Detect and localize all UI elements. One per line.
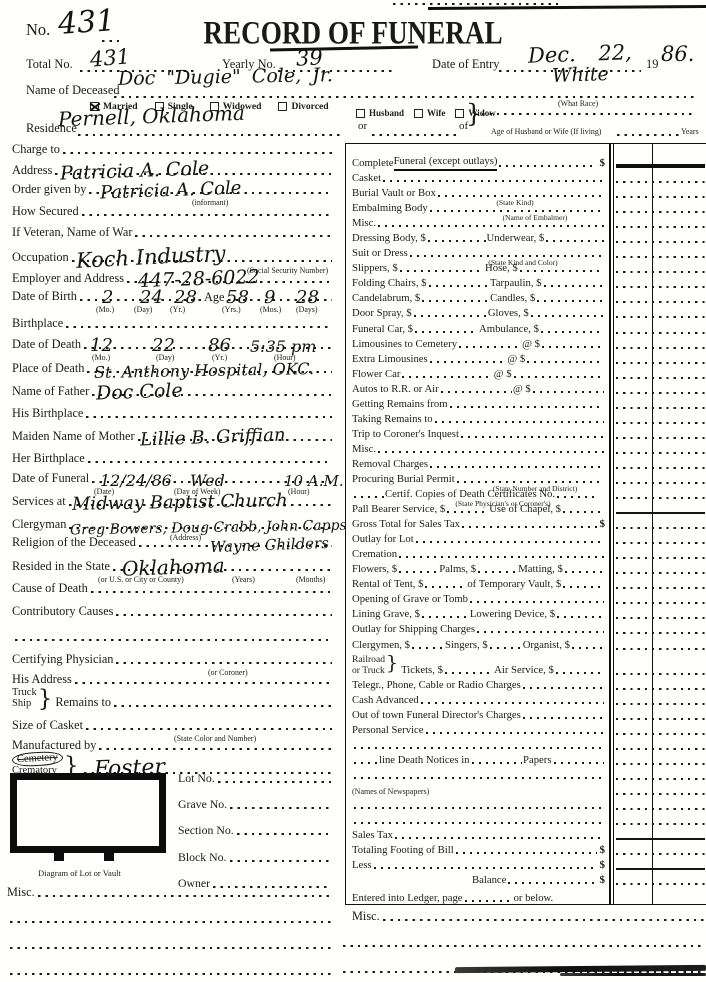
dotted-leader [15,639,332,641]
ledger-line-dotted [616,527,705,529]
misc-blank-row [7,928,333,954]
field-caption: (Hour) [274,353,295,362]
diagram-leg [104,846,114,861]
field-caption: (Mo.) [92,353,110,362]
field-label: Employer and Address [12,271,124,288]
form-row: Services atMidway Baptist Church [12,488,333,511]
ledger-cell [614,261,706,276]
spouse-age-caption: Age of Husband or Wife (If living) [491,127,601,136]
ledger-line-thick [616,164,705,169]
ledger-line-dotted [616,271,705,273]
ledger-cell [614,768,706,783]
form-row: Date of Funeral12/24/86Wed10 A.M.(Date)(… [12,468,333,488]
ledger-cell [614,442,706,457]
lot-row: Grave No. [178,788,332,814]
ledger-line-dotted [616,778,705,780]
ledger-line-dotted [616,286,705,288]
of-label: of [459,120,468,132]
ledger-cell [614,171,706,186]
field-label: Misc. [7,885,35,902]
ledger-cell [614,427,706,442]
misc-row: Misc. [7,884,333,902]
ledger-line-dotted [616,497,705,499]
dotted-leader [99,748,332,750]
ledger-line-dotted [616,557,705,559]
ledger-line-dotted [616,763,705,765]
form-row: ClergymanGreg Bowers, Doug Crabb, John C… [12,511,333,534]
field-caption: (State Number and District) [493,484,578,493]
ledger-cell [614,321,706,336]
ledger-line-dotted [616,467,705,469]
form-row: Size of Casket(State Color and Number) [12,712,333,735]
dotted-leader [91,591,332,593]
total-no-label: Total No. [26,57,73,72]
left-column: Charge toAddressPatricia A. ColeOrder gi… [12,143,333,779]
dotted-leader [10,947,332,949]
checkbox [455,109,464,118]
ledger-line-dotted [616,748,705,750]
ledger-cents-rule [652,144,653,904]
ledger-cell [614,472,706,487]
ledger-cell [614,306,706,321]
form-row: Name of FatherDoc Cole [12,378,333,401]
ledger-line-dotted [616,196,705,198]
residence-value: Pernell, Oklahoma [58,103,245,130]
leader-dots [102,40,124,42]
brace: } [37,690,56,710]
ledger-cell [614,678,706,693]
lot-row: Lot No. [178,768,332,788]
handwritten-value: Wayne Childers [210,536,329,555]
dotted-leader [230,807,331,809]
field-caption: (Yr.) [212,353,227,362]
years-label: Years [681,127,699,136]
field-caption: (Days) [296,305,317,314]
ledger-line-dotted [616,542,705,544]
field-label: Grave No. [178,797,227,814]
name-of-deceased-label: Name of Deceased [26,83,120,98]
ledger-cell [614,858,706,873]
dotted-leader [116,614,332,616]
checkbox-option: Wife [414,108,445,118]
misc-blank-row [7,954,333,980]
checkbox-option: Divorced [278,101,328,112]
date-of-entry-label: Date of Entry [432,57,499,72]
ledger-line-dotted [616,332,705,334]
ledger-cell [614,144,706,171]
field-caption: (or Coroner) [208,668,248,677]
field-label: If Veteran, Name of War [12,225,132,242]
field-label: Her Birthplace [12,451,85,468]
ledger-cell [614,517,706,532]
field-caption: (State Kind and Color) [488,258,557,267]
dotted-leader [10,973,332,975]
field-label: Birthplace [12,316,63,333]
ledger-line-dotted [616,718,705,720]
charges-section: Complete Funeral (except outlays)$Casket… [345,143,706,905]
dotted-leader [230,860,332,862]
or-label: or [358,120,367,132]
dotted-leader [343,945,705,947]
ledger-line-dotted [616,808,705,810]
field-label: Place of Death [12,361,84,378]
field-label: Remains to [55,695,111,712]
handwritten-value: Doc Cole [96,381,183,403]
field-label: Certifying Physician [12,652,113,669]
field-caption: (State Kind) [496,198,533,207]
ledger-line-dotted [616,211,705,213]
scan-artifact-dots [393,3,563,5]
field-label: Cause of Death [12,581,88,598]
ledger-cell [614,487,706,502]
ledger-cell [614,532,706,547]
leader-dots [372,134,456,136]
ledger-line-dotted [616,733,705,735]
field-label: Date of Birth [12,289,77,306]
ledger-line-dotted [616,256,705,258]
charges-item-box [345,144,610,904]
scan-artifact-line [428,5,706,10]
diagram-box [10,773,166,853]
ledger-double-rule [610,144,614,904]
ledger-cell [614,622,706,637]
form-row: His Address [12,669,333,689]
dotted-leader [116,662,332,664]
leader-dots [617,134,679,136]
field-label: Order given by [12,182,86,199]
field-caption: (Day) [134,305,152,314]
field-caption: (Date) [94,487,114,496]
ledger-cell [614,382,706,397]
field-label: Name of Father [12,384,89,401]
ledger-cell [614,577,706,592]
ledger-cell [614,607,706,622]
field-caption: (Day of Week) [174,487,221,496]
ledger-cell [614,231,706,246]
ledger-line-dotted [616,181,705,183]
ledger-line-dotted [616,883,705,885]
field-label: Contributory Causes [12,604,113,621]
form-row: His Birthplace [12,401,333,423]
ledger-line-dotted [616,823,705,825]
ledger-line-dotted [616,407,705,409]
field-label: His Birthplace [12,406,83,423]
year-value: 86. [661,44,694,65]
field-caption: (Years) [232,575,255,584]
ledger-cell [614,276,706,291]
leader-dots [482,113,694,115]
field-caption: (Social Security Number) [247,266,328,275]
field-label: Occupation [12,250,69,267]
ledger-cell [614,337,706,352]
ledger-cell [614,592,706,607]
ledger-line-dotted [616,648,705,650]
year-printed: 19 [646,57,658,72]
ledger-line-dotted [616,241,705,243]
scan-artifact-smudge [560,973,706,976]
ledger-cell [614,723,706,738]
race-caption: (What Race) [558,99,598,108]
ledger-cell [614,246,706,261]
ledger-cell [614,502,706,517]
form-row: Maiden Name of MotherLillie B. Griffian [12,423,333,446]
ledger-line-dotted [616,301,705,303]
ledger-cell [614,562,706,577]
stacked-label-line: Cemetery [12,751,63,767]
ledger-line-dotted [616,602,705,604]
ledger-cell [614,397,706,412]
field-label: Block No. [178,850,227,867]
dotted-leader [135,235,332,237]
ledger-line-dotted [616,572,705,574]
checkbox-label: Wife [427,108,445,118]
ledger-line-dotted [616,617,705,619]
ledger-line-dotted [616,452,705,454]
field-label: Date of Death [12,337,81,354]
ledger-line-dotted [616,703,705,705]
form-row: OccupationKoch Industry(Social Security … [12,242,333,267]
checkbox [278,102,287,111]
ledger-line-dotted [616,482,705,484]
ledger-line-dotted [616,362,705,364]
ledger-line-dotted [616,422,705,424]
field-caption: (Hour) [288,487,309,496]
field-caption: (Day) [156,353,174,362]
field-label: Address [12,163,52,180]
ledger-cell [614,753,706,768]
name-of-deceased-value: Doc "Dugie" Cole, Jr. [118,66,333,89]
dotted-leader [66,326,332,328]
ledger-cell [614,216,706,231]
field-caption: (Yrs.) [222,305,241,314]
field-label: Misc. [352,909,380,926]
handwritten-value: Lillie B. Griffian [140,426,286,449]
ledger-cell [614,813,706,828]
stacked-label-line: Truck [12,687,37,699]
misc-left: Misc. [7,884,333,980]
form-row: Resided in the StateOklahoma(or U.S. or … [12,552,333,576]
form-row: AddressPatricia A. Cole [12,159,333,180]
ledger-cell [614,186,706,201]
form-row: TruckShip}Remains to [12,689,333,712]
ledger-line-dotted [616,347,705,349]
spouse-brace: } [466,101,482,126]
ledger-cell [614,412,706,427]
record-no-value: 431 [57,6,116,40]
ledger-cell [614,843,706,858]
field-label: Date of Funeral [12,471,89,488]
field-caption: (Yr.) [170,305,185,314]
handwritten-value: Foster [94,757,166,781]
field-caption: (Mos.) [260,305,281,314]
ledger-cell [614,201,706,216]
ledger-line-dotted [616,853,705,855]
field-caption: (or U.S. or City or County) [98,575,184,584]
ledger-cell [614,457,706,472]
ledger-line-dotted [616,316,705,318]
dotted-leader [63,152,332,154]
ledger-cell [614,888,706,904]
misc-row: Misc. [340,908,706,926]
ledger-line-dotted [616,688,705,690]
stacked-label: TruckShip [12,687,37,712]
field-label: Charge to [12,142,60,159]
ledger-line-dotted [616,587,705,589]
field-label: How Secured [12,204,79,221]
ledger-cell [614,291,706,306]
ledger-cell [614,798,706,813]
dotted-leader [237,833,331,835]
field-caption: (informant) [192,198,228,207]
dotted-leader [88,461,332,463]
ledger-cell [614,783,706,798]
lot-row: Section No. [178,814,332,840]
checkbox-label: Divorced [291,101,328,112]
dotted-leader [82,214,332,216]
ledger-cell [614,828,706,843]
misc-blank-row [7,902,333,928]
ledger-cell [614,637,706,652]
field-label: Age [202,290,227,305]
ledger-cell [614,738,706,753]
ledger-line-solid [616,838,705,840]
misc-blank-row [340,926,706,952]
dotted-leader [38,895,332,897]
ledger-line-dotted [616,226,705,228]
ledger-cell [614,547,706,562]
ledger-line-dotted [616,632,705,634]
field-label: Size of Casket [12,718,83,735]
lot-row: Block No. [178,840,332,867]
form-row: Certifying Physician(or Coroner) [12,646,333,669]
ledger-cell [614,693,706,708]
ledger-cell [614,873,706,888]
ledger-line-solid [616,868,705,870]
form-row: Contributory Causes [12,598,333,621]
checkbox-option: Husband [356,108,404,118]
form-row: Date of Death1222865:35 pm(Mo.)(Day)(Yr.… [12,333,333,354]
form-row [12,621,333,646]
diagram-caption: Diagram of Lot or Vault [38,868,121,878]
field-caption: (State Color and Number) [174,734,256,743]
diagram-leg [54,846,64,861]
leader-dots [114,96,694,98]
field-label: Maiden Name of Mother [12,429,135,446]
ledger-cell [614,653,706,678]
lot-column: Lot No.Grave No.Section No.Block No.Owne… [178,768,332,893]
ledger-line-dotted [616,437,705,439]
field-label: Clergyman [12,517,66,534]
dotted-leader [86,728,332,730]
dotted-leader [86,416,332,418]
dotted-leader [383,919,705,921]
dotted-leader [114,705,332,707]
ledger-line-dotted [616,793,705,795]
handwritten-value: St. Anthony Hospital, OKC. [94,361,314,381]
form-row: How Secured [12,199,333,221]
ledger-line-solid [616,512,705,514]
stacked-label-line: Ship [12,698,37,710]
checkbox [414,109,423,118]
field-caption: (Address) [170,533,201,542]
form-row: Charge to [12,143,333,159]
leader-dots [78,134,342,136]
checkbox-label: Husband [369,108,404,118]
ledger-cell [614,352,706,367]
field-caption: (Months) [296,575,325,584]
form-row: If Veteran, Name of War [12,221,333,242]
ledger-line-dotted [616,673,705,675]
race-value: White [552,65,609,86]
ledger-line-dotted [616,377,705,379]
field-label: Resided in the State [12,559,110,576]
field-caption: (State Physician's or Coroner's) [455,499,550,508]
funeral-record-document: No. 431 RECORD OF FUNERAL Total No. 431 … [0,0,706,982]
field-caption: (Mo.) [96,305,114,314]
ledger-line-dotted [616,392,705,394]
field-label: Services at [12,494,66,511]
field-caption: (Name of Embalmer) [503,213,568,222]
field-label: Section No. [178,823,234,840]
dotted-leader [218,781,331,783]
dotted-leader [10,921,332,923]
record-no-label: No. [26,20,50,40]
checkbox [356,109,365,118]
dotted-leader [75,682,332,684]
ledger-cell [614,367,706,382]
field-label: Lot No. [178,771,215,788]
ledger-cell [614,708,706,723]
